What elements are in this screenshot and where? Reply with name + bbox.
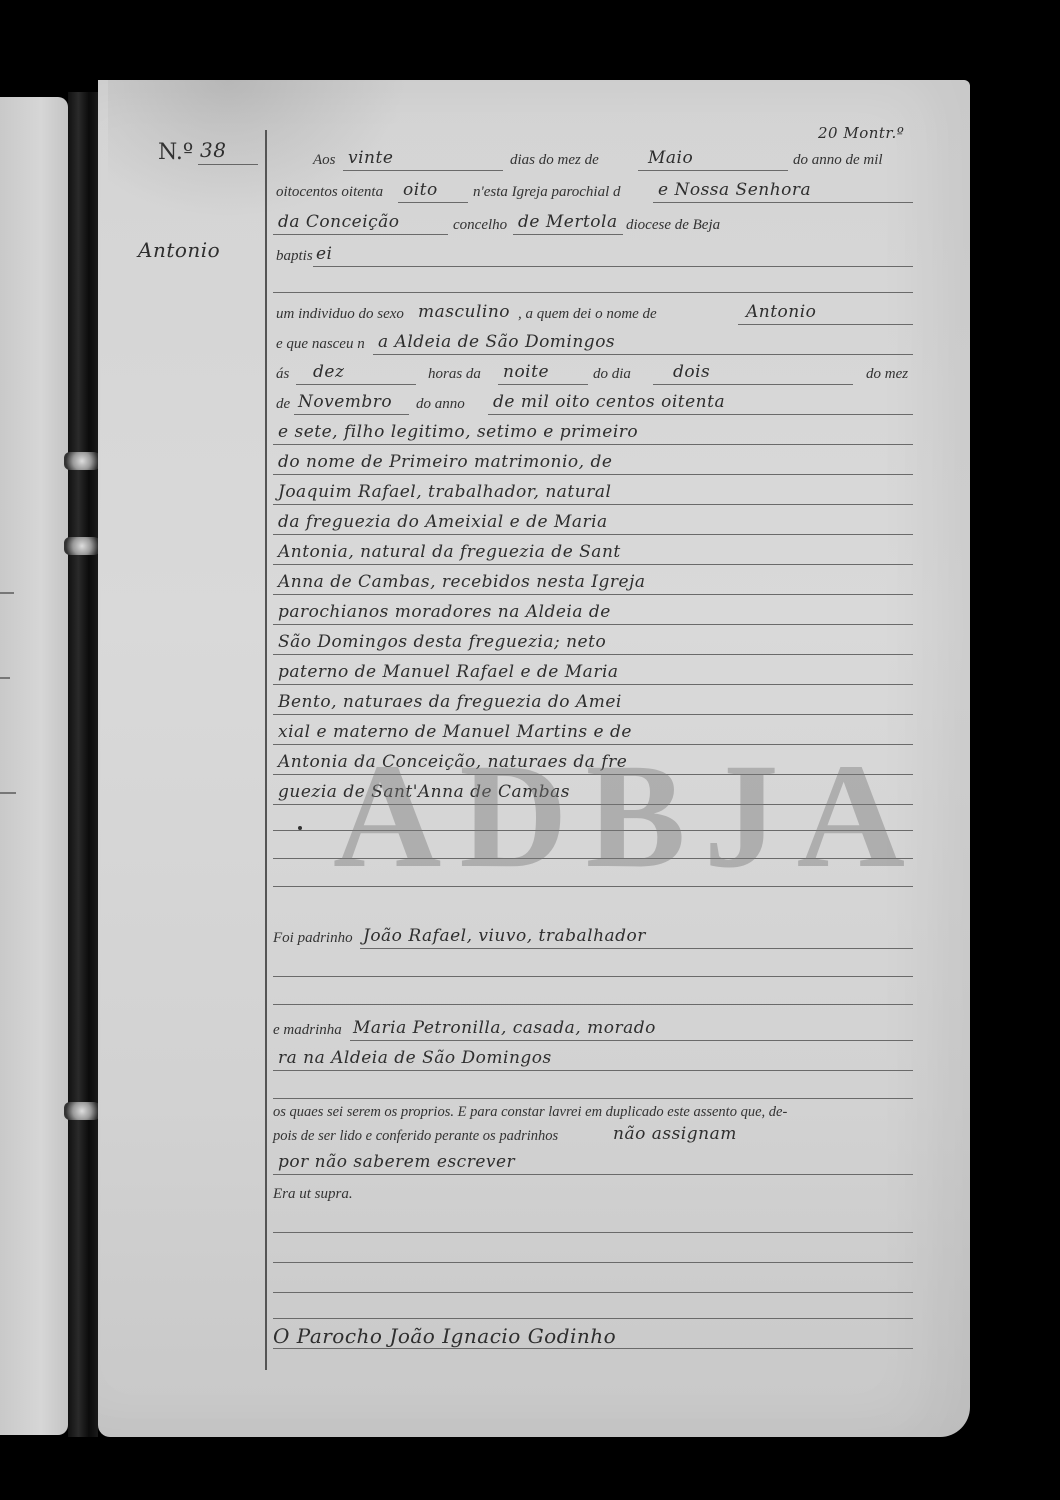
field-underline	[350, 1040, 913, 1041]
ruled-line	[273, 1004, 913, 1005]
ruled-line	[273, 1174, 913, 1175]
field-underline	[738, 324, 913, 325]
field-underline	[296, 384, 416, 385]
form-text: do dia	[593, 366, 631, 383]
ruled-line	[273, 714, 913, 715]
field-underline	[343, 170, 503, 171]
parish-field-cont: da Conceição	[278, 212, 400, 232]
form-text: concelho	[453, 217, 507, 234]
ruled-line	[273, 292, 913, 293]
form-text: Aos	[313, 152, 336, 169]
ruled-line	[273, 1070, 913, 1071]
godmother-field-cont: ra na Aldeia de São Domingos	[278, 1048, 552, 1068]
baptism-verb-suffix: ei	[316, 244, 333, 264]
ruled-line	[273, 444, 913, 445]
year-field: oito	[403, 180, 438, 200]
form-text: ás	[276, 366, 289, 383]
godfather-field: João Rafael, viuvo, trabalhador	[363, 926, 646, 946]
birth-year-field: de mil oito centos oitenta	[493, 392, 725, 412]
form-text: de	[276, 396, 290, 413]
ruled-line	[273, 474, 913, 475]
archive-watermark: ADBJA	[333, 730, 923, 902]
ruled-line	[273, 1318, 913, 1319]
body-line: Anna de Cambas, recebidos nesta Igreja	[278, 572, 646, 592]
child-name-field: Antonio	[746, 302, 816, 322]
body-line: paterno de Manuel Rafael e de Maria	[278, 662, 619, 682]
godmother-field: Maria Petronilla, casada, morado	[353, 1018, 656, 1038]
ruled-line	[313, 266, 913, 267]
form-text: do anno de mil	[793, 152, 883, 169]
field-underline	[498, 384, 588, 385]
field-underline	[360, 948, 913, 949]
birthplace-field: a Aldeia de São Domingos	[378, 332, 615, 352]
body-line: do nome de Primeiro matrimonio, de	[278, 452, 612, 472]
ruled-line	[273, 684, 913, 685]
corner-note: 20 Montr.º	[818, 124, 904, 142]
book-binding	[68, 92, 98, 1437]
form-text: horas da	[428, 366, 481, 383]
field-underline	[398, 202, 468, 203]
left-page-mark	[0, 677, 10, 679]
time-of-day-field: noite	[503, 362, 549, 382]
field-underline	[273, 234, 448, 235]
body-line: parochianos moradores na Aldeia de	[278, 602, 611, 622]
signing-note-cont: por não saberem escrever	[278, 1152, 515, 1172]
ink-dot	[298, 826, 302, 830]
day-field: vinte	[348, 148, 393, 168]
ruled-line	[273, 1262, 913, 1263]
field-underline	[653, 384, 853, 385]
left-page-mark	[0, 592, 14, 594]
field-underline	[294, 414, 409, 415]
ruled-line	[273, 1292, 913, 1293]
form-text: , a quem dei o nome de	[518, 306, 657, 323]
body-line: e sete, filho legitimo, setimo e primeir…	[278, 422, 638, 442]
ruled-line	[273, 534, 913, 535]
form-text: do mez	[866, 366, 908, 383]
parish-field: e Nossa Senhora	[658, 180, 811, 200]
signature-line	[273, 1348, 913, 1349]
entry-number-underline	[198, 164, 258, 165]
binding-thread-knot	[64, 1102, 100, 1120]
sex-field: masculino	[418, 302, 510, 322]
closing-text: os quaes sei serem os proprios. E para c…	[273, 1104, 787, 1121]
field-underline	[373, 354, 913, 355]
margin-name: Antonio	[138, 238, 220, 262]
month-field: Maio	[648, 148, 693, 168]
hour-field: dez	[313, 362, 344, 382]
ruled-line	[273, 976, 913, 977]
form-text: baptis	[276, 248, 313, 265]
register-page: N.º 38 Antonio 20 Montr.º Aos vinte dias…	[98, 80, 970, 1437]
form-text: do anno	[416, 396, 465, 413]
closing-text: pois de ser lido e conferido perante os …	[273, 1128, 558, 1145]
left-page-mark	[0, 792, 16, 794]
body-line: Joaquim Rafael, trabalhador, natural	[278, 482, 611, 502]
form-text: oitocentos oitenta	[276, 184, 383, 201]
entry-number-label: N.º	[158, 140, 193, 165]
field-underline	[638, 170, 788, 171]
ruled-line	[273, 504, 913, 505]
ruled-line	[273, 1098, 913, 1099]
field-underline	[488, 414, 913, 415]
form-text: um individuo do sexo	[276, 306, 404, 323]
body-line: São Domingos desta freguezia; neto	[278, 632, 606, 652]
form-text: diocese de Beja	[626, 217, 720, 234]
council-field: de Mertola	[518, 212, 618, 232]
binding-thread-knot	[64, 452, 100, 470]
body-line: da freguezia do Ameixial e de Maria	[278, 512, 608, 532]
ruled-line	[273, 564, 913, 565]
birth-day-field: dois	[673, 362, 710, 382]
form-text: dias do mez de	[510, 152, 599, 169]
ruled-line	[273, 624, 913, 625]
left-facing-page	[0, 97, 68, 1435]
body-line: Antonia, natural da freguezia de Sant	[278, 542, 621, 562]
signing-note: não assignam	[613, 1124, 737, 1144]
ruled-line	[273, 1232, 913, 1233]
birth-month-field: Novembro	[298, 392, 392, 412]
ruled-line	[273, 594, 913, 595]
form-text: e que nasceu n	[276, 336, 365, 353]
body-line: Bento, naturaes da freguezia do Amei	[278, 692, 622, 712]
margin-rule	[265, 130, 267, 1370]
field-underline	[653, 202, 913, 203]
field-underline	[513, 234, 623, 235]
godmother-label: e madrinha	[273, 1022, 342, 1039]
priest-signature: O Parocho João Ignacio Godinho	[273, 1324, 616, 1348]
entry-number: 38	[200, 138, 226, 162]
form-text: n'esta Igreja parochial d	[473, 184, 621, 201]
era-ut-supra: Era ut supra.	[273, 1186, 353, 1203]
binding-thread-knot	[64, 537, 100, 555]
godfather-label: Foi padrinho	[273, 930, 353, 947]
ruled-line	[273, 654, 913, 655]
